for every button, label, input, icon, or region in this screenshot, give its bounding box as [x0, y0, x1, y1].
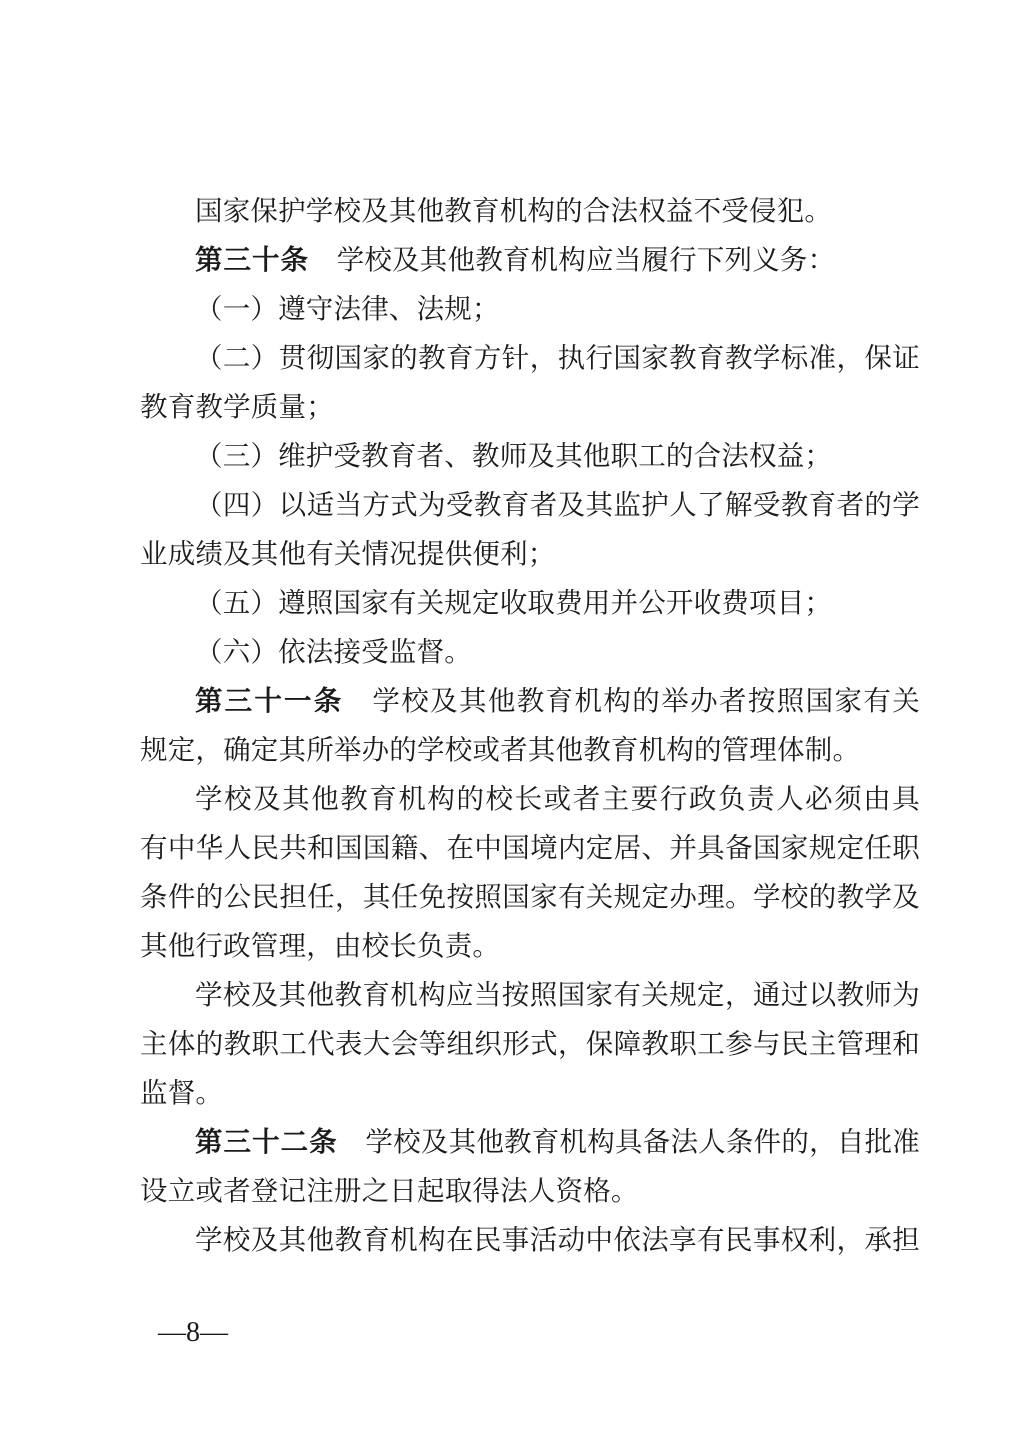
text-line: 学校及其他教育机构应当按照国家有关规定，通过以教师为	[140, 970, 920, 1019]
page-number: —8—	[158, 1316, 228, 1350]
article-number: 第三十一条	[195, 685, 343, 716]
text-line: （四）以适当方式为受教育者及其监护人了解受教育者的学	[140, 480, 920, 529]
document-page: 国家保护学校及其他教育机构的合法权益不受侵犯。 第三十条 学校及其他教育机构应当…	[0, 0, 1024, 1450]
article-number: 第三十二条	[195, 1126, 338, 1157]
text-line: 设立或者登记注册之日起取得法人资格。	[140, 1166, 920, 1215]
text-line: 其他行政管理，由校长负责。	[140, 921, 920, 970]
text-line: 主体的教职工代表大会等组织形式，保障教职工参与民主管理和	[140, 1019, 920, 1068]
text-line: 学校及其他教育机构在民事活动中依法享有民事权利，承担	[140, 1215, 920, 1264]
text-line: 第三十一条 学校及其他教育机构的举办者按照国家有关	[140, 676, 920, 725]
text-line: （六）依法接受监督。	[140, 627, 920, 676]
text-line: 规定，确定其所举办的学校或者其他教育机构的管理体制。	[140, 725, 920, 774]
article-text: 学校及其他教育机构的举办者按照国家有关	[343, 685, 920, 716]
text-line: 业成绩及其他有关情况提供便利；	[140, 529, 920, 578]
text-line: 第三十条 学校及其他教育机构应当履行下列义务：	[140, 235, 920, 284]
text-line: 第三十二条 学校及其他教育机构具备法人条件的，自批准	[140, 1117, 920, 1166]
article-text: 学校及其他教育机构具备法人条件的，自批准	[338, 1126, 920, 1157]
article-text: 学校及其他教育机构应当履行下列义务：	[309, 244, 835, 275]
document-body: 国家保护学校及其他教育机构的合法权益不受侵犯。 第三十条 学校及其他教育机构应当…	[140, 186, 920, 1264]
text-line: 教育教学质量；	[140, 382, 920, 431]
text-line: （三）维护受教育者、教师及其他职工的合法权益；	[140, 431, 920, 480]
text-line: （二）贯彻国家的教育方针，执行国家教育教学标准，保证	[140, 333, 920, 382]
text-line: （五）遵照国家有关规定收取费用并公开收费项目；	[140, 578, 920, 627]
text-line: 学校及其他教育机构的校长或者主要行政负责人必须由具	[140, 774, 920, 823]
text-line: 国家保护学校及其他教育机构的合法权益不受侵犯。	[140, 186, 920, 235]
text-line: 条件的公民担任，其任免按照国家有关规定办理。学校的教学及	[140, 872, 920, 921]
article-number: 第三十条	[195, 244, 309, 275]
text-line: 有中华人民共和国国籍、在中国境内定居、并具备国家规定任职	[140, 823, 920, 872]
text-line: （一）遵守法律、法规；	[140, 284, 920, 333]
text-line: 监督。	[140, 1068, 920, 1117]
